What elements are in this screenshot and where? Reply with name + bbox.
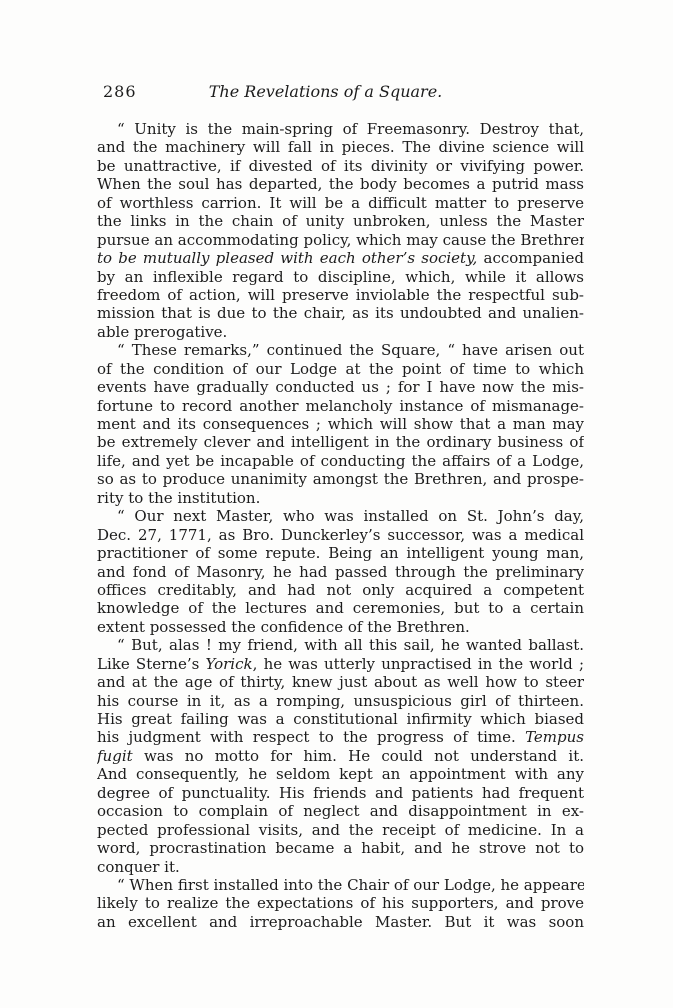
text-line: conquer it. (97, 858, 584, 876)
paragraph: “ But, alas ! my friend, with all this s… (97, 636, 584, 876)
text-line: “ Our next Master, who was installed on … (97, 507, 584, 525)
text-line: fugit was no motto for him. He could not… (97, 747, 584, 765)
text-line: pursue an accommodating policy, which ma… (97, 231, 584, 249)
paragraph: “ These remarks,” continued the Square, … (97, 341, 584, 507)
text-line: word, procrastination became a habit, an… (97, 839, 584, 857)
text-line: “ Unity is the main-spring of Freemasonr… (97, 120, 584, 138)
running-head: 286 The Revelations of a Square. (97, 82, 584, 102)
text-line: practitioner of some repute. Being an in… (97, 544, 584, 562)
text-line: and at the age of thirty, knew just abou… (97, 673, 584, 691)
text-line: extent possessed the confidence of the B… (97, 618, 584, 636)
text-line: to be mutually pleased with each other’s… (97, 249, 584, 267)
text-line: and fond of Masonry, he had passed throu… (97, 563, 584, 581)
text-body: “ Unity is the main-spring of Freemasonr… (97, 120, 584, 931)
text-line: life, and yet be incapable of conducting… (97, 452, 584, 470)
text-line: so as to produce unanimity amongst the B… (97, 470, 584, 488)
text-line: ment and its consequences ; which will s… (97, 415, 584, 433)
text-line: Like Sterne’s Yorick, he was utterly unp… (97, 655, 584, 673)
text-line: His great failing was a constitutional i… (97, 710, 584, 728)
text-line: When the soul has departed, the body bec… (97, 175, 584, 193)
paragraph: “ When first installed into the Chair of… (97, 876, 584, 931)
text-line: and the machinery will fall in pieces. T… (97, 138, 584, 156)
paragraph: “ Our next Master, who was installed on … (97, 507, 584, 636)
text-line: likely to realize the expectations of hi… (97, 894, 584, 912)
paragraph: “ Unity is the main-spring of Freemasonr… (97, 120, 584, 341)
text-line: And consequently, he seldom kept an appo… (97, 765, 584, 783)
text-line: events have gradually conducted us ; for… (97, 378, 584, 396)
text-line: “ These remarks,” continued the Square, … (97, 341, 584, 359)
text-line: occasion to complain of neglect and disa… (97, 802, 584, 820)
text-line: “ When first installed into the Chair of… (97, 876, 584, 894)
text-line: of worthless carrion. It will be a diffi… (97, 194, 584, 212)
book-page: 286 The Revelations of a Square. “ Unity… (0, 0, 673, 1008)
text-line: rity to the institution. (97, 489, 584, 507)
text-line: knowledge of the lectures and ceremonies… (97, 599, 584, 617)
page-number: 286 (103, 82, 137, 101)
text-line: Dec. 27, 1771, as Bro. Dunckerley’s succ… (97, 526, 584, 544)
text-line: be unattractive, if divested of its divi… (97, 157, 584, 175)
running-title: The Revelations of a Square. (97, 82, 584, 101)
text-line: his course in it, as a romping, unsuspic… (97, 692, 584, 710)
text-line: his judgment with respect to the progres… (97, 728, 584, 746)
text-line: able prerogative. (97, 323, 584, 341)
text-line: degree of punctuality. His friends and p… (97, 784, 584, 802)
text-line: mission that is due to the chair, as its… (97, 304, 584, 322)
text-line: “ But, alas ! my friend, with all this s… (97, 636, 584, 654)
text-line: be extremely clever and intelligent in t… (97, 433, 584, 451)
text-line: an excellent and irreproachable Master. … (97, 913, 584, 931)
text-line: fortune to record another melancholy ins… (97, 397, 584, 415)
text-line: by an inflexible regard to discipline, w… (97, 268, 584, 286)
text-line: pected professional visits, and the rece… (97, 821, 584, 839)
text-line: of the condition of our Lodge at the poi… (97, 360, 584, 378)
text-line: the links in the chain of unity unbroken… (97, 212, 584, 230)
text-line: freedom of action, will preserve inviola… (97, 286, 584, 304)
text-line: offices creditably, and had not only acq… (97, 581, 584, 599)
